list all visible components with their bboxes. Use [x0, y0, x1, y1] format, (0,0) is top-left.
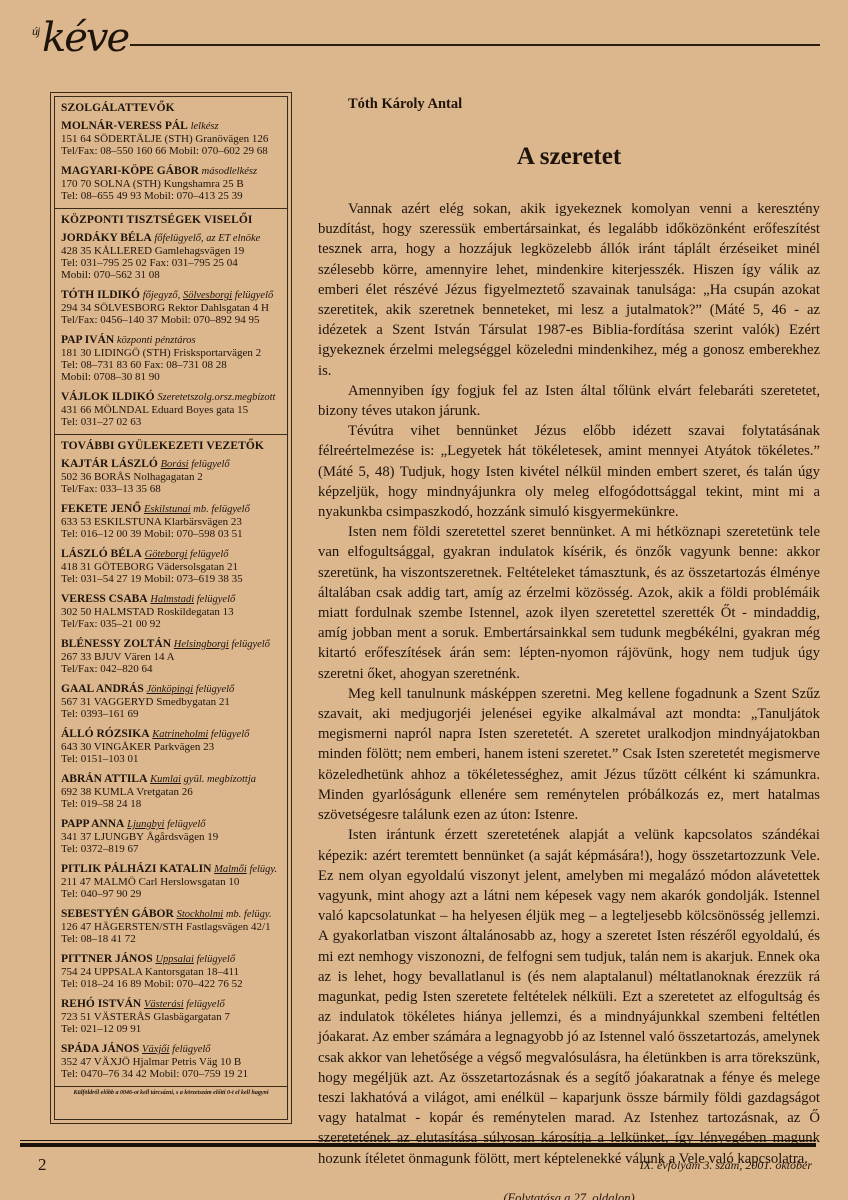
- contact-name: PITLIK PÁLHÁZI KATALIN: [61, 863, 211, 875]
- contact-entry: LÁSZLÓ BÉLA Göteborgi felügyelő418 31 GÖ…: [61, 548, 281, 585]
- contact-role: Ljungbyi felügyelő: [127, 819, 205, 830]
- congregation-name: Göteborgi: [145, 549, 188, 560]
- contact-phone: Tel: 08–18 41 72: [61, 933, 281, 945]
- contact-role: Katrineholmi felügyelő: [152, 729, 249, 740]
- contact-name: SEBESTYÉN GÁBOR: [61, 908, 174, 920]
- congregation-name: Västerási: [144, 999, 184, 1010]
- contact-role: Växjői felügyelő: [142, 1044, 211, 1055]
- congregation-name: Växjői: [142, 1044, 169, 1055]
- masthead-rule: [130, 44, 820, 46]
- contact-phone: Tel: 031–795 25 02 Fax: 031–795 25 04: [61, 257, 281, 269]
- contact-phone: Tel: 016–12 00 39 Mobil: 070–598 03 51: [61, 528, 281, 540]
- section-title: SZOLGÁLATTEVŐK: [61, 102, 281, 114]
- contact-phone: Tel: 019–58 24 18: [61, 798, 281, 810]
- contact-name: REHÓ ISTVÁN: [61, 998, 141, 1010]
- contact-role: Eskilstunai mb. felügyelő: [144, 504, 250, 515]
- contact-address: 181 30 LIDINGÖ (STH) Frisksportarvägen 2: [61, 347, 281, 359]
- contact-address: 567 31 VAGGERYD Smedbygatan 21: [61, 696, 281, 708]
- contact-address: 151 64 SÖDERTÄLJE (STH) Granövägen 126: [61, 133, 281, 145]
- contact-name: ÁLLÓ RÓZSIKA: [61, 728, 150, 740]
- contact-phone: Tel/Fax: 08–550 160 66 Mobil: 070–602 29…: [61, 145, 281, 157]
- contact-phone: Tel: 031–27 02 63: [61, 416, 281, 428]
- congregation-name: Halmstadi: [150, 594, 194, 605]
- page-number: 2: [38, 1155, 47, 1175]
- article: Tóth Károly Antal A szeretet Vannak azér…: [318, 96, 820, 1200]
- contact-name: PAP IVÁN: [61, 334, 114, 346]
- congregation-name: Malmői: [214, 864, 247, 875]
- contact-phone: Tel: 0470–76 34 42 Mobil: 070–759 19 21: [61, 1068, 281, 1080]
- contact-phone: Tel: 08–655 49 93 Mobil: 070–413 25 39: [61, 190, 281, 202]
- contact-phone: Tel: 040–97 90 29: [61, 888, 281, 900]
- contact-role: Uppsalai felügyelő: [155, 954, 235, 965]
- article-author: Tóth Károly Antal: [348, 96, 820, 113]
- footer-rule-thin: [20, 1140, 816, 1141]
- contact-name: JORDÁKY BÉLA: [61, 232, 152, 244]
- contact-address: 352 47 VÄXJÖ Hjalmar Petris Väg 10 B: [61, 1056, 281, 1068]
- contact-address: 754 24 UPPSALA Kantorsgatan 18–411: [61, 966, 281, 978]
- contact-entry: PAPP ANNA Ljungbyi felügyelő341 37 LJUNG…: [61, 818, 281, 855]
- article-title: A szeretet: [318, 143, 820, 171]
- contact-role: főjegyző, Sölvesborgi felügyelő: [143, 290, 274, 301]
- contact-role: Borási felügyelő: [161, 459, 230, 470]
- contact-name: MAGYARI-KÖPE GÁBOR: [61, 165, 199, 177]
- contact-address: 267 33 BJUV Vären 14 A: [61, 651, 281, 663]
- contact-phone: Tel/Fax: 033–13 35 68: [61, 483, 281, 495]
- contact-address: 294 34 SÖLVESBORG Rektor Dahlsgatan 4 H: [61, 302, 281, 314]
- dialing-footnote: Külföldről előbb a 0046-ot kell tárcsázn…: [55, 1087, 287, 1099]
- footer-rule: [20, 1143, 816, 1147]
- article-paragraph: Meg kell tanulnunk másképpen szeretni. M…: [318, 684, 820, 825]
- contact-role: Jönköpingi felügyelő: [147, 684, 235, 695]
- issue-info: IX. évfolyam 3. szám, 2001. október: [640, 1158, 812, 1173]
- article-body: Vannak azért elég sokan, akik igyekeznek…: [318, 199, 820, 1169]
- contact-role: lelkész: [191, 121, 219, 132]
- contact-entry: PAP IVÁN központi pénztáros181 30 LIDING…: [61, 334, 281, 383]
- contact-role: Västerási felügyelő: [144, 999, 225, 1010]
- contact-entry: JORDÁKY BÉLA főfelügyelő, az ET elnöke42…: [61, 232, 281, 281]
- section-title: KÖZPONTI TISZTSÉGEK VISELŐI: [61, 214, 281, 226]
- contact-phone: Tel/Fax: 042–820 64: [61, 663, 281, 675]
- contact-entry: VERESS CSABA Halmstadi felügyelő302 50 H…: [61, 593, 281, 630]
- contact-entry: REHÓ ISTVÁN Västerási felügyelő723 51 VÄ…: [61, 998, 281, 1035]
- article-paragraph: Vannak azért elég sokan, akik igyekeznek…: [318, 199, 820, 381]
- congregation-name: Borási: [161, 459, 189, 470]
- contact-name: FEKETE JENŐ: [61, 503, 141, 515]
- contact-address: 643 30 VINGÅKER Parkvägen 23: [61, 741, 281, 753]
- contact-entry: ÁLLÓ RÓZSIKA Katrineholmi felügyelő643 3…: [61, 728, 281, 765]
- congregation-name: Sölvesborgi: [183, 290, 232, 301]
- contact-role: központi pénztáros: [117, 335, 196, 346]
- masthead: új kéve: [30, 18, 820, 58]
- congregation-name: Kumlai: [150, 774, 181, 785]
- contact-address: 428 35 KÅLLERED Gamlehagsvägen 19: [61, 245, 281, 257]
- contact-phone: Tel/Fax: 035–21 00 92: [61, 618, 281, 630]
- contact-section: TOVÁBBI GYÜLEKEZETI VEZETŐKKAJTÁR LÁSZLÓ…: [55, 435, 287, 1087]
- contact-address: 341 37 LJUNGBY Ågårdsvägen 19: [61, 831, 281, 843]
- article-paragraph: Tévútra vihet bennünket Jézus előbb idéz…: [318, 421, 820, 522]
- congregation-name: Katrineholmi: [152, 729, 208, 740]
- contact-role: Stockholmi mb. felügy.: [177, 909, 272, 920]
- contact-entry: VÁJLOK ILDIKÓ Szeretetszolg.orsz.megbízo…: [61, 391, 281, 428]
- section-title: TOVÁBBI GYÜLEKEZETI VEZETŐK: [61, 440, 281, 452]
- contact-address: 502 36 BORÅS Nolhagagatan 2: [61, 471, 281, 483]
- contact-role: Kumlai gyül. megbízottja: [150, 774, 256, 785]
- contact-name: KAJTÁR LÁSZLÓ: [61, 458, 158, 470]
- logo: kéve: [42, 18, 128, 58]
- congregation-name: Eskilstunai: [144, 504, 191, 515]
- contact-name: BLÉNESSY ZOLTÁN: [61, 638, 171, 650]
- contact-entry: PITTNER JÁNOS Uppsalai felügyelő754 24 U…: [61, 953, 281, 990]
- logo-prefix: új: [32, 24, 39, 39]
- contact-name: TÓTH ILDIKÓ: [61, 289, 140, 301]
- contact-phone: Mobil: 0708–30 81 90: [61, 371, 281, 383]
- contact-entry: ABRÁN ATTILA Kumlai gyül. megbízottja692…: [61, 773, 281, 810]
- contact-name: ABRÁN ATTILA: [61, 773, 147, 785]
- contact-phone: Tel: 018–24 16 89 Mobil: 070–422 76 52: [61, 978, 281, 990]
- contact-name: VÁJLOK ILDIKÓ: [61, 391, 155, 403]
- contact-entry: MOLNÁR-VERESS PÁL lelkész151 64 SÖDERTÄL…: [61, 120, 281, 157]
- contact-phone: Tel: 0372–819 67: [61, 843, 281, 855]
- article-paragraph: Isten nem földi szeretettel szeret bennü…: [318, 522, 820, 684]
- continuation-note: (Folytatása a 27. oldalon): [318, 1191, 820, 1200]
- contact-phone: Tel: 0393–161 69: [61, 708, 281, 720]
- contact-address: 170 70 SOLNA (STH) Kungshamra 25 B: [61, 178, 281, 190]
- contact-name: PITTNER JÁNOS: [61, 953, 153, 965]
- contact-address: 431 66 MÖLNDAL Eduard Boyes gata 15: [61, 404, 281, 416]
- contact-name: GAAL ANDRÁS: [61, 683, 144, 695]
- contact-role: Malmői felügy.: [214, 864, 277, 875]
- contact-phone: Mobil: 070–562 31 08: [61, 269, 281, 281]
- contact-address: 211 47 MALMÖ Carl Herslowsgatan 10: [61, 876, 281, 888]
- contact-name: MOLNÁR-VERESS PÁL: [61, 120, 188, 132]
- contact-role: Szeretetszolg.orsz.megbízott: [157, 392, 275, 403]
- contact-entry: PITLIK PÁLHÁZI KATALIN Malmői felügy.211…: [61, 863, 281, 900]
- contact-entry: GAAL ANDRÁS Jönköpingi felügyelő567 31 V…: [61, 683, 281, 720]
- contact-name: LÁSZLÓ BÉLA: [61, 548, 142, 560]
- contact-address: 302 50 HALMSTAD Roskildegatan 13: [61, 606, 281, 618]
- contact-entry: TÓTH ILDIKÓ főjegyző, Sölvesborgi felügy…: [61, 289, 281, 326]
- contact-section: SZOLGÁLATTEVŐKMOLNÁR-VERESS PÁL lelkész1…: [55, 97, 287, 209]
- contact-name: PAPP ANNA: [61, 818, 124, 830]
- contact-address: 633 53 ESKILSTUNA Klarbärsvägen 23: [61, 516, 281, 528]
- contact-entry: SEBESTYÉN GÁBOR Stockholmi mb. felügy.12…: [61, 908, 281, 945]
- contact-role: Helsingborgi felügyelő: [174, 639, 270, 650]
- contact-phone: Tel: 031–54 27 19 Mobil: 073–619 38 35: [61, 573, 281, 585]
- contact-phone: Tel: 021–12 09 91: [61, 1023, 281, 1035]
- contact-name: SPÁDA JÁNOS: [61, 1043, 139, 1055]
- contact-address: 692 38 KUMLA Vretgatan 26: [61, 786, 281, 798]
- contact-entry: KAJTÁR LÁSZLÓ Borási felügyelő502 36 BOR…: [61, 458, 281, 495]
- contact-phone: Tel: 08–731 83 60 Fax: 08–731 08 28: [61, 359, 281, 371]
- contact-role: Göteborgi felügyelő: [145, 549, 229, 560]
- congregation-name: Stockholmi: [177, 909, 224, 920]
- contacts-box: SZOLGÁLATTEVŐKMOLNÁR-VERESS PÁL lelkész1…: [54, 96, 288, 1120]
- contact-entry: MAGYARI-KÖPE GÁBOR másodlelkész170 70 SO…: [61, 165, 281, 202]
- contact-address: 126 47 HÄGERSTEN/STH Fastlagsvägen 42/1: [61, 921, 281, 933]
- contact-entry: BLÉNESSY ZOLTÁN Helsingborgi felügyelő26…: [61, 638, 281, 675]
- congregation-name: Ljungbyi: [127, 819, 164, 830]
- article-paragraph: Amennyiben így fogjuk fel az Isten által…: [318, 381, 820, 421]
- article-paragraph: Isten irántunk érzett szeretetének alapj…: [318, 825, 820, 1168]
- contact-phone: Tel: 0151–103 01: [61, 753, 281, 765]
- contacts-sidebar: SZOLGÁLATTEVŐKMOLNÁR-VERESS PÁL lelkész1…: [50, 92, 292, 1124]
- congregation-name: Helsingborgi: [174, 639, 229, 650]
- congregation-name: Uppsalai: [155, 954, 194, 965]
- contact-entry: SPÁDA JÁNOS Växjői felügyelő352 47 VÄXJÖ…: [61, 1043, 281, 1080]
- congregation-name: Jönköpingi: [147, 684, 194, 695]
- contact-name: VERESS CSABA: [61, 593, 148, 605]
- contact-role: Halmstadi felügyelő: [150, 594, 235, 605]
- contact-section: KÖZPONTI TISZTSÉGEK VISELŐIJORDÁKY BÉLA …: [55, 209, 287, 435]
- contact-entry: FEKETE JENŐ Eskilstunai mb. felügyelő633…: [61, 503, 281, 540]
- contact-role: főfelügyelő, az ET elnöke: [154, 233, 260, 244]
- contact-address: 723 51 VÄSTERÅS Glasbägargatan 7: [61, 1011, 281, 1023]
- contact-role: másodlelkész: [202, 166, 257, 177]
- contact-phone: Tel/Fax: 0456–140 37 Mobil: 070–892 94 9…: [61, 314, 281, 326]
- contact-address: 418 31 GÖTEBORG Vädersolsgatan 21: [61, 561, 281, 573]
